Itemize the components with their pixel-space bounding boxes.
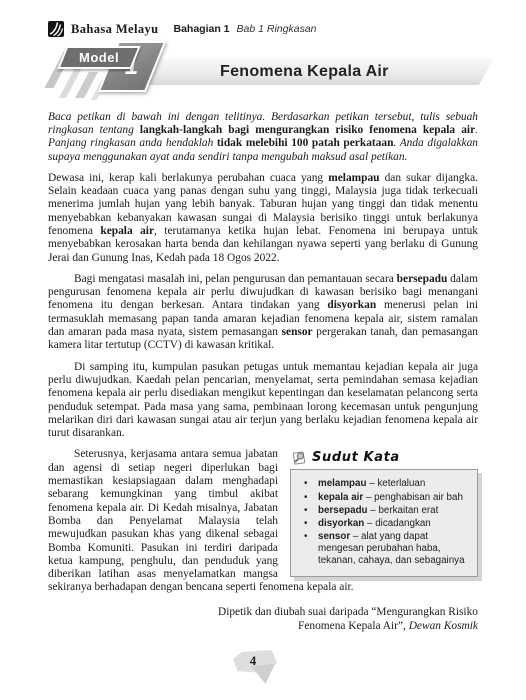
page-number-value: 4	[231, 653, 275, 669]
body-paragraph-1: Dewasa ini, kerap kali berlakunya peruba…	[48, 172, 478, 265]
header-chapter: Bab 1 Ringkasan	[237, 23, 317, 35]
publisher-logo-icon	[48, 21, 64, 37]
page-number: 4	[231, 646, 283, 686]
paragraph-with-sidebar: Sudut Kata melampau – keterlaluankepala …	[48, 448, 478, 594]
body-paragraph-3: Di samping itu, kumpulan pasukan petugas…	[48, 361, 478, 441]
model-banner: Fenomena Kepala Air 1 Model	[48, 44, 478, 98]
vocab-item: disyorkan – dicadangkan	[297, 518, 471, 530]
model-label-badge: Model	[57, 46, 140, 69]
vocab-item: melampau – keterlaluan	[297, 478, 471, 490]
header-subject: Bahasa Melayu	[71, 22, 159, 37]
sudut-kata-box: Sudut Kata melampau – keterlaluankepala …	[290, 450, 478, 577]
vocab-item: bersepadu – berkaitan erat	[297, 505, 471, 517]
sudut-kata-list: melampau – keterlaluankepala air – pengh…	[297, 478, 471, 567]
instruction-paragraph: Baca petikan di bawah ini dengan telitin…	[48, 111, 478, 164]
model-title: Fenomena Kepala Air	[220, 63, 389, 81]
sudut-kata-title: Sudut Kata	[312, 450, 400, 465]
header-section: Bahagian 1	[174, 23, 230, 35]
source-citation: Dipetik dan diubah suai daripada “Mengur…	[48, 605, 478, 634]
model-label: Model	[79, 50, 119, 65]
vocab-item: kepala air – penghabisan air bah	[297, 492, 471, 504]
body-paragraph-2: Bagi mengatasi masalah ini, pelan pengur…	[48, 273, 478, 353]
sudut-kata-panel: melampau – keterlaluankepala air – pengh…	[290, 469, 478, 577]
model-title-bar: Fenomena Kepala Air	[148, 58, 494, 85]
sudut-kata-icon	[292, 450, 307, 465]
sudut-kata-heading: Sudut Kata	[292, 450, 478, 465]
vocab-item: sensor – alat yang dapat mengesan peruba…	[297, 531, 471, 567]
page-header: Bahasa Melayu Bahagian 1 Bab 1 Ringkasan	[48, 20, 478, 38]
textbook-page: Bahasa Melayu Bahagian 1 Bab 1 Ringkasan…	[0, 0, 526, 700]
